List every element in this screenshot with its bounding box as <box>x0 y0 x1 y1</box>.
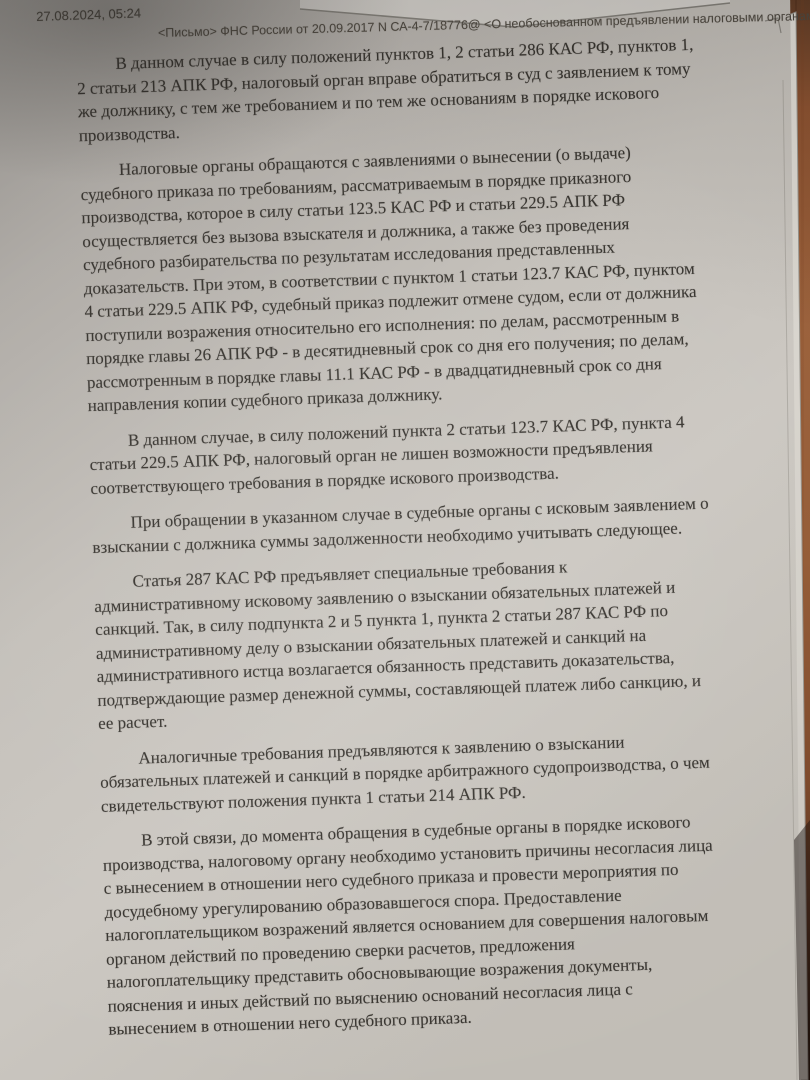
document-body: В данном случае в силу положений пунктов… <box>76 30 799 1053</box>
paragraph-7: В этой связи, до момента обращения в суд… <box>102 807 799 1041</box>
paragraph-3: В данном случае, в силу положений пункта… <box>89 407 781 500</box>
paragraph-5: Статья 287 КАС РФ предъявляет специальны… <box>93 548 788 735</box>
paragraph-2: Налоговые органы обращаются с заявлениям… <box>80 136 778 417</box>
paragraph-4: При обращении в указанном случае в судеб… <box>91 489 782 559</box>
paragraph-6: Аналогичные требования предъявляются к з… <box>99 725 791 818</box>
photo-canvas: 27.08.2024, 05:24 <Письмо> ФНС России от… <box>0 0 810 1080</box>
